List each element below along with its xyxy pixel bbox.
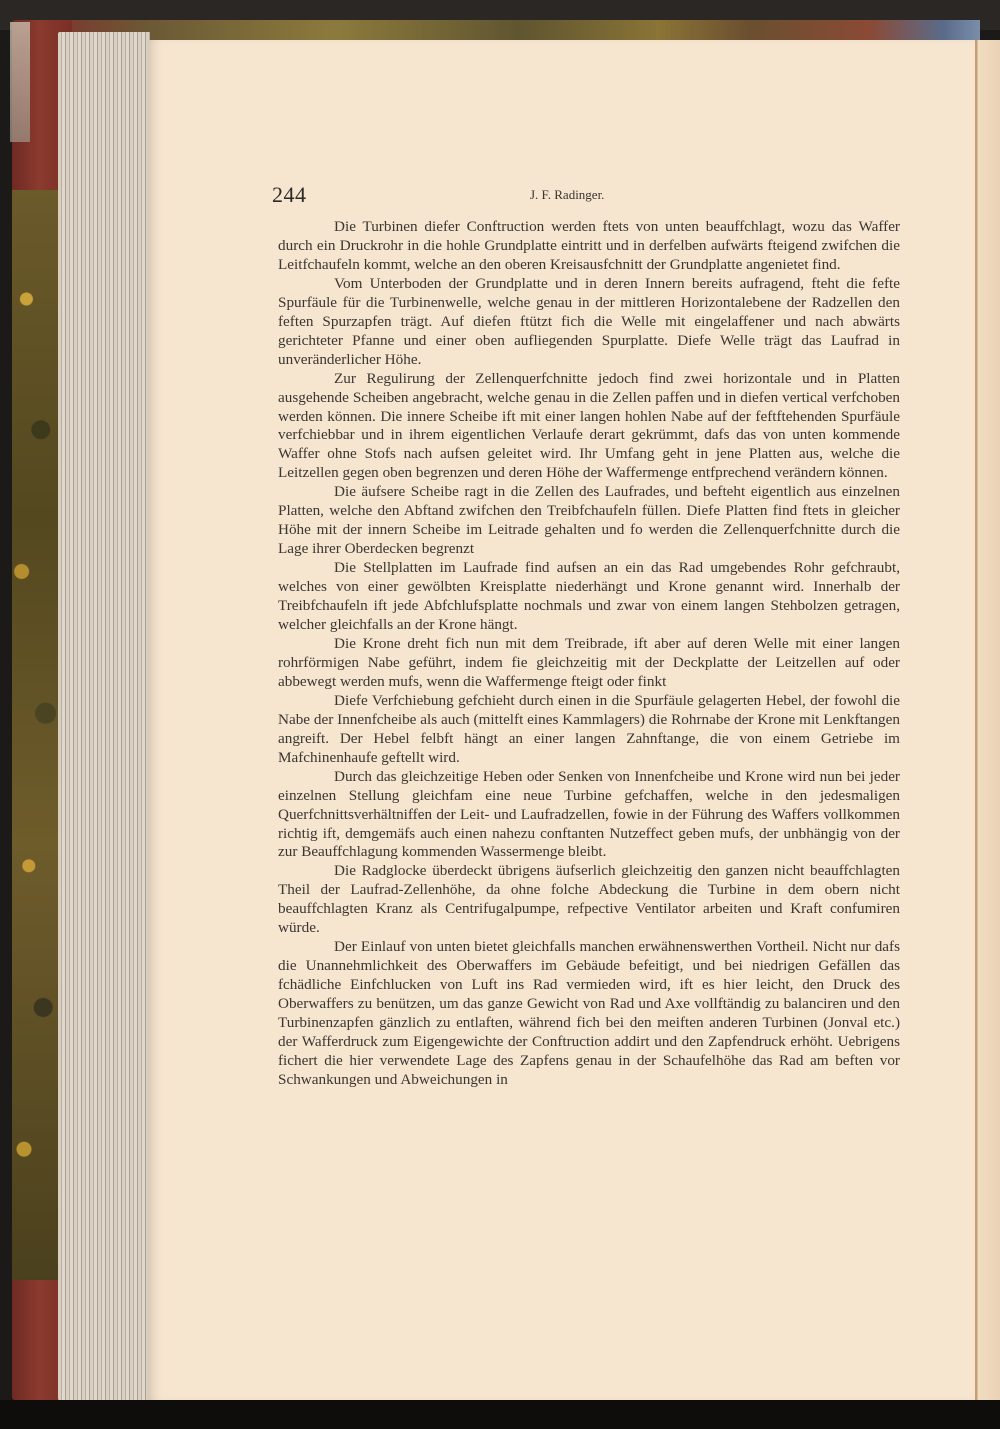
book-cover-top-edge xyxy=(60,20,980,40)
paragraph: Durch das gleichzeitige Heben oder Senke… xyxy=(278,768,900,863)
body-text: Die Turbinen diefer Conftruction werden … xyxy=(278,218,900,1090)
running-head: J. F. Radinger. xyxy=(530,187,604,203)
paragraph: Die Stellplatten im Laufrade find aufsen… xyxy=(278,559,900,635)
cover-corner xyxy=(10,22,30,142)
background-bottom xyxy=(0,1400,1000,1429)
paragraph: Die Krone dreht fich nun mit dem Treibra… xyxy=(278,635,900,692)
paragraph: Die Radglocke überdeckt übrigens äufserl… xyxy=(278,862,900,938)
marbled-paper xyxy=(12,190,60,1280)
paragraph: Die äufsere Scheibe ragt in die Zellen d… xyxy=(278,483,900,559)
paragraph: Zur Regulirung der Zellenquerfchnitte je… xyxy=(278,370,900,484)
page-number: 244 xyxy=(272,182,307,208)
page-gutter xyxy=(975,40,1000,1400)
paragraph: Die Turbinen diefer Conftruction werden … xyxy=(278,218,900,275)
page-edges xyxy=(58,32,150,1402)
paragraph: Der Einlauf von unten bietet gleichfalls… xyxy=(278,938,900,1090)
paragraph: Vom Unterboden der Grundplatte und in de… xyxy=(278,275,900,370)
paragraph: Diefe Verfchiebung gefchieht durch einen… xyxy=(278,692,900,768)
